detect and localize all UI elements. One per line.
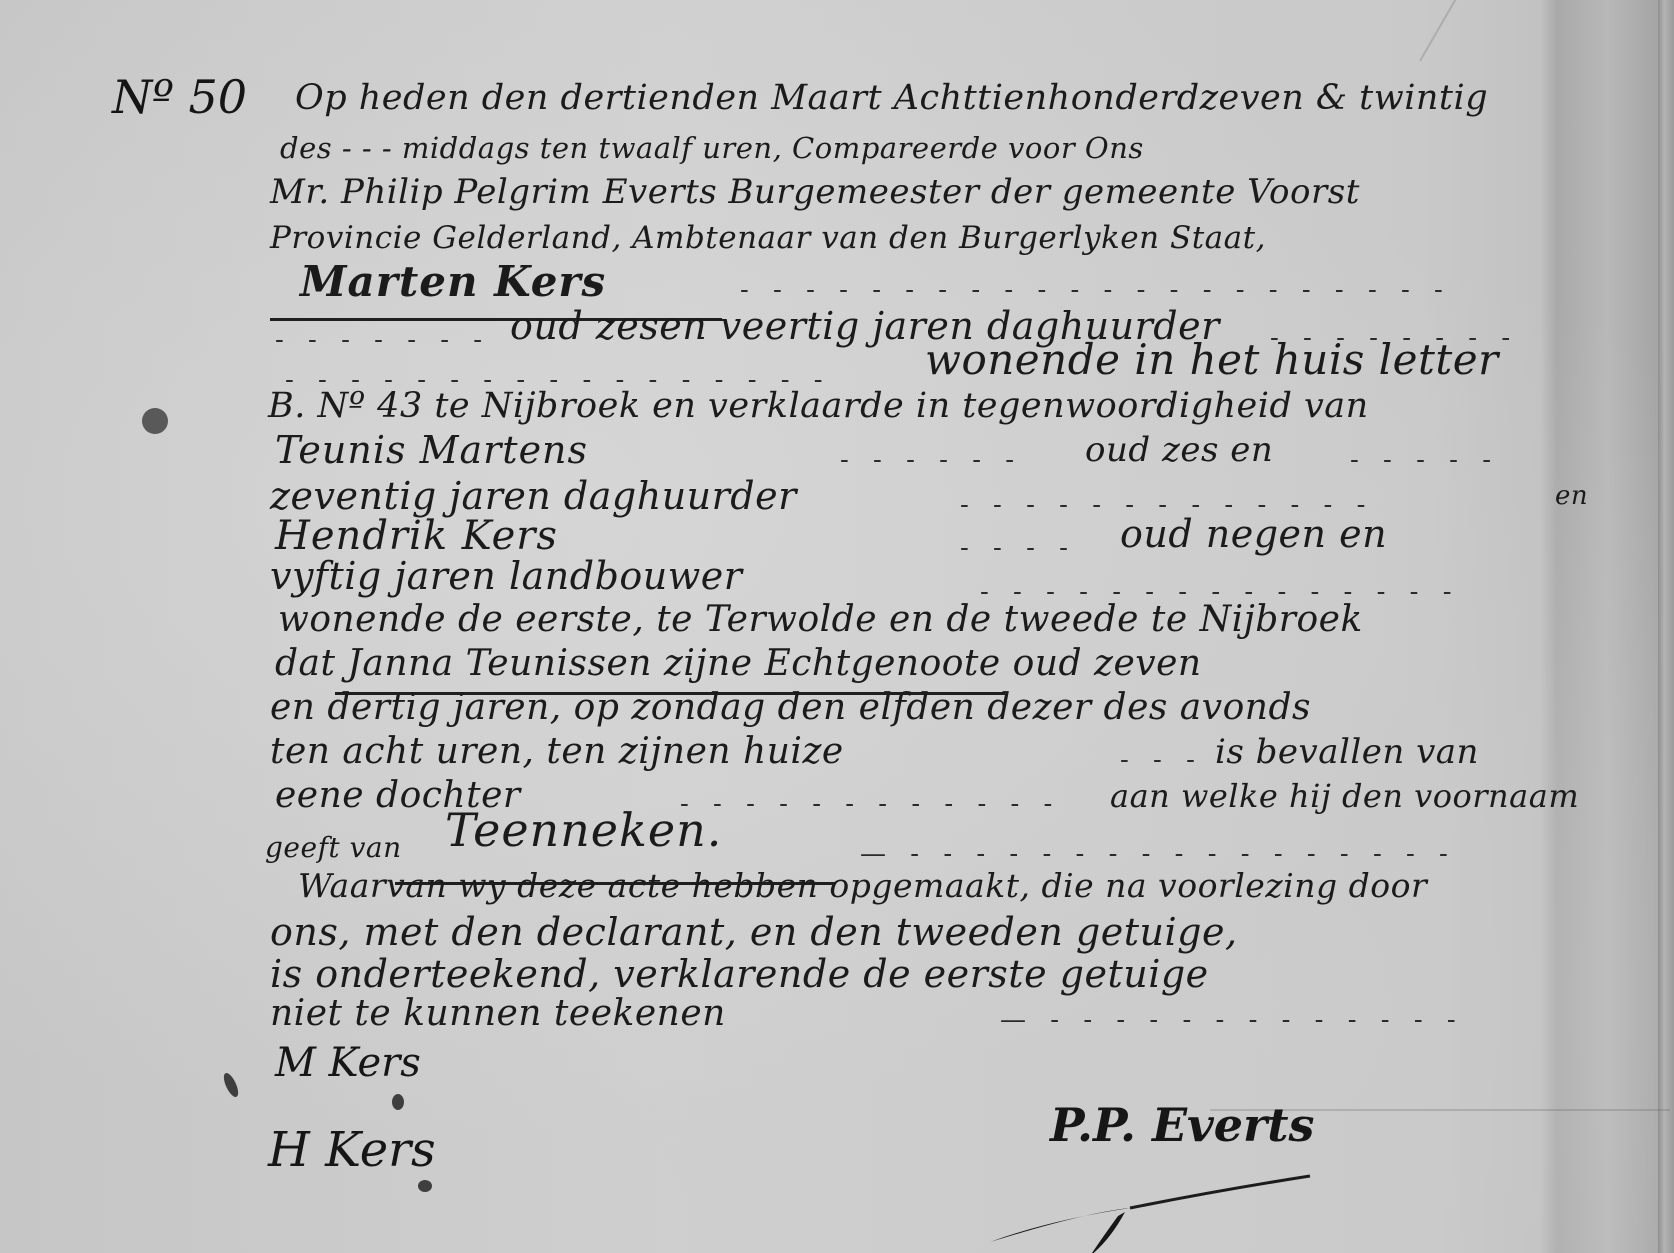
fill-dashes: - - - - - - - xyxy=(275,320,490,360)
fill-dashes: - - - - - - - - - - - - xyxy=(680,784,1060,824)
ink-blot xyxy=(392,1094,404,1110)
text-line: B. Nº 43 te Nijbroek en verklaarde in te… xyxy=(268,386,1369,426)
text-line: geeft van xyxy=(265,828,402,868)
text-line: ten acht uren, ten zijnen huize xyxy=(270,732,844,772)
text-line: vyftig jaren landbouwer xyxy=(270,556,742,596)
fill-dashes: - - - - - - xyxy=(840,440,1022,480)
signature-official: P.P. Everts xyxy=(1050,1098,1314,1152)
text-line: oud zes en xyxy=(1085,430,1273,470)
text-line: ons, met den declarant, en den tweeden g… xyxy=(270,912,1238,952)
fill-dashes: — - - - - - - - - - - - - - xyxy=(1000,1000,1464,1040)
text-line: aan welke hij den voornaam xyxy=(1110,776,1579,816)
text-line: is bevallen van xyxy=(1215,732,1479,772)
signature-flourish xyxy=(990,1150,1330,1253)
text-line: en dertig jaren, op zondag den elfden de… xyxy=(270,688,1311,728)
witness-one-name: Teunis Martens xyxy=(275,430,588,470)
declarant-name: Marten Kers xyxy=(300,262,606,302)
text-line: en xyxy=(1555,476,1588,516)
ink-blot xyxy=(142,408,168,434)
signature-declarant: M Kers xyxy=(275,1040,421,1086)
text-line: Mr. Philip Pelgrim Everts Burgemeester d… xyxy=(270,172,1360,212)
text-line: dat Janna Teunissen zijne Echtgenoote ou… xyxy=(275,644,1202,684)
text-line: zeventig jaren daghuurder xyxy=(270,476,797,516)
signature-witness-two: H Kers xyxy=(268,1122,436,1178)
text-line: des - - - middags ten twaalf uren, Compa… xyxy=(280,128,1144,168)
text-line: wonende de eerste, te Terwolde en de twe… xyxy=(278,600,1363,640)
faint-rule xyxy=(1419,0,1481,62)
fill-dashes: - - - xyxy=(1120,740,1203,780)
text-line: Op heden den dertienden Maart Achttienho… xyxy=(295,78,1488,118)
text-line: oud negen en xyxy=(1120,514,1387,554)
fill-dashes: - - - - - xyxy=(1350,440,1499,480)
child-name: Teenneken. xyxy=(445,810,722,850)
ink-blot xyxy=(221,1071,241,1099)
page-binding-edge xyxy=(1658,0,1674,1253)
register-page: Nº 50 Op heden den dertienden Maart Acht… xyxy=(0,0,1674,1253)
text-line: Provincie Gelderland, Ambtenaar van den … xyxy=(270,218,1266,258)
text-line: Waarvan wy deze acte hebben opgemaakt, d… xyxy=(298,866,1427,906)
witness-two-name: Hendrik Kers xyxy=(275,516,558,556)
entry-number: Nº 50 xyxy=(112,70,247,124)
fill-dashes: - - - - xyxy=(960,528,1076,568)
text-line: wonende in het huis letter xyxy=(925,340,1499,380)
text-line: niet te kunnen teekenen xyxy=(270,994,726,1034)
text-line: is onderteekend, verklarende de eerste g… xyxy=(270,954,1209,994)
ink-blot xyxy=(418,1180,432,1192)
